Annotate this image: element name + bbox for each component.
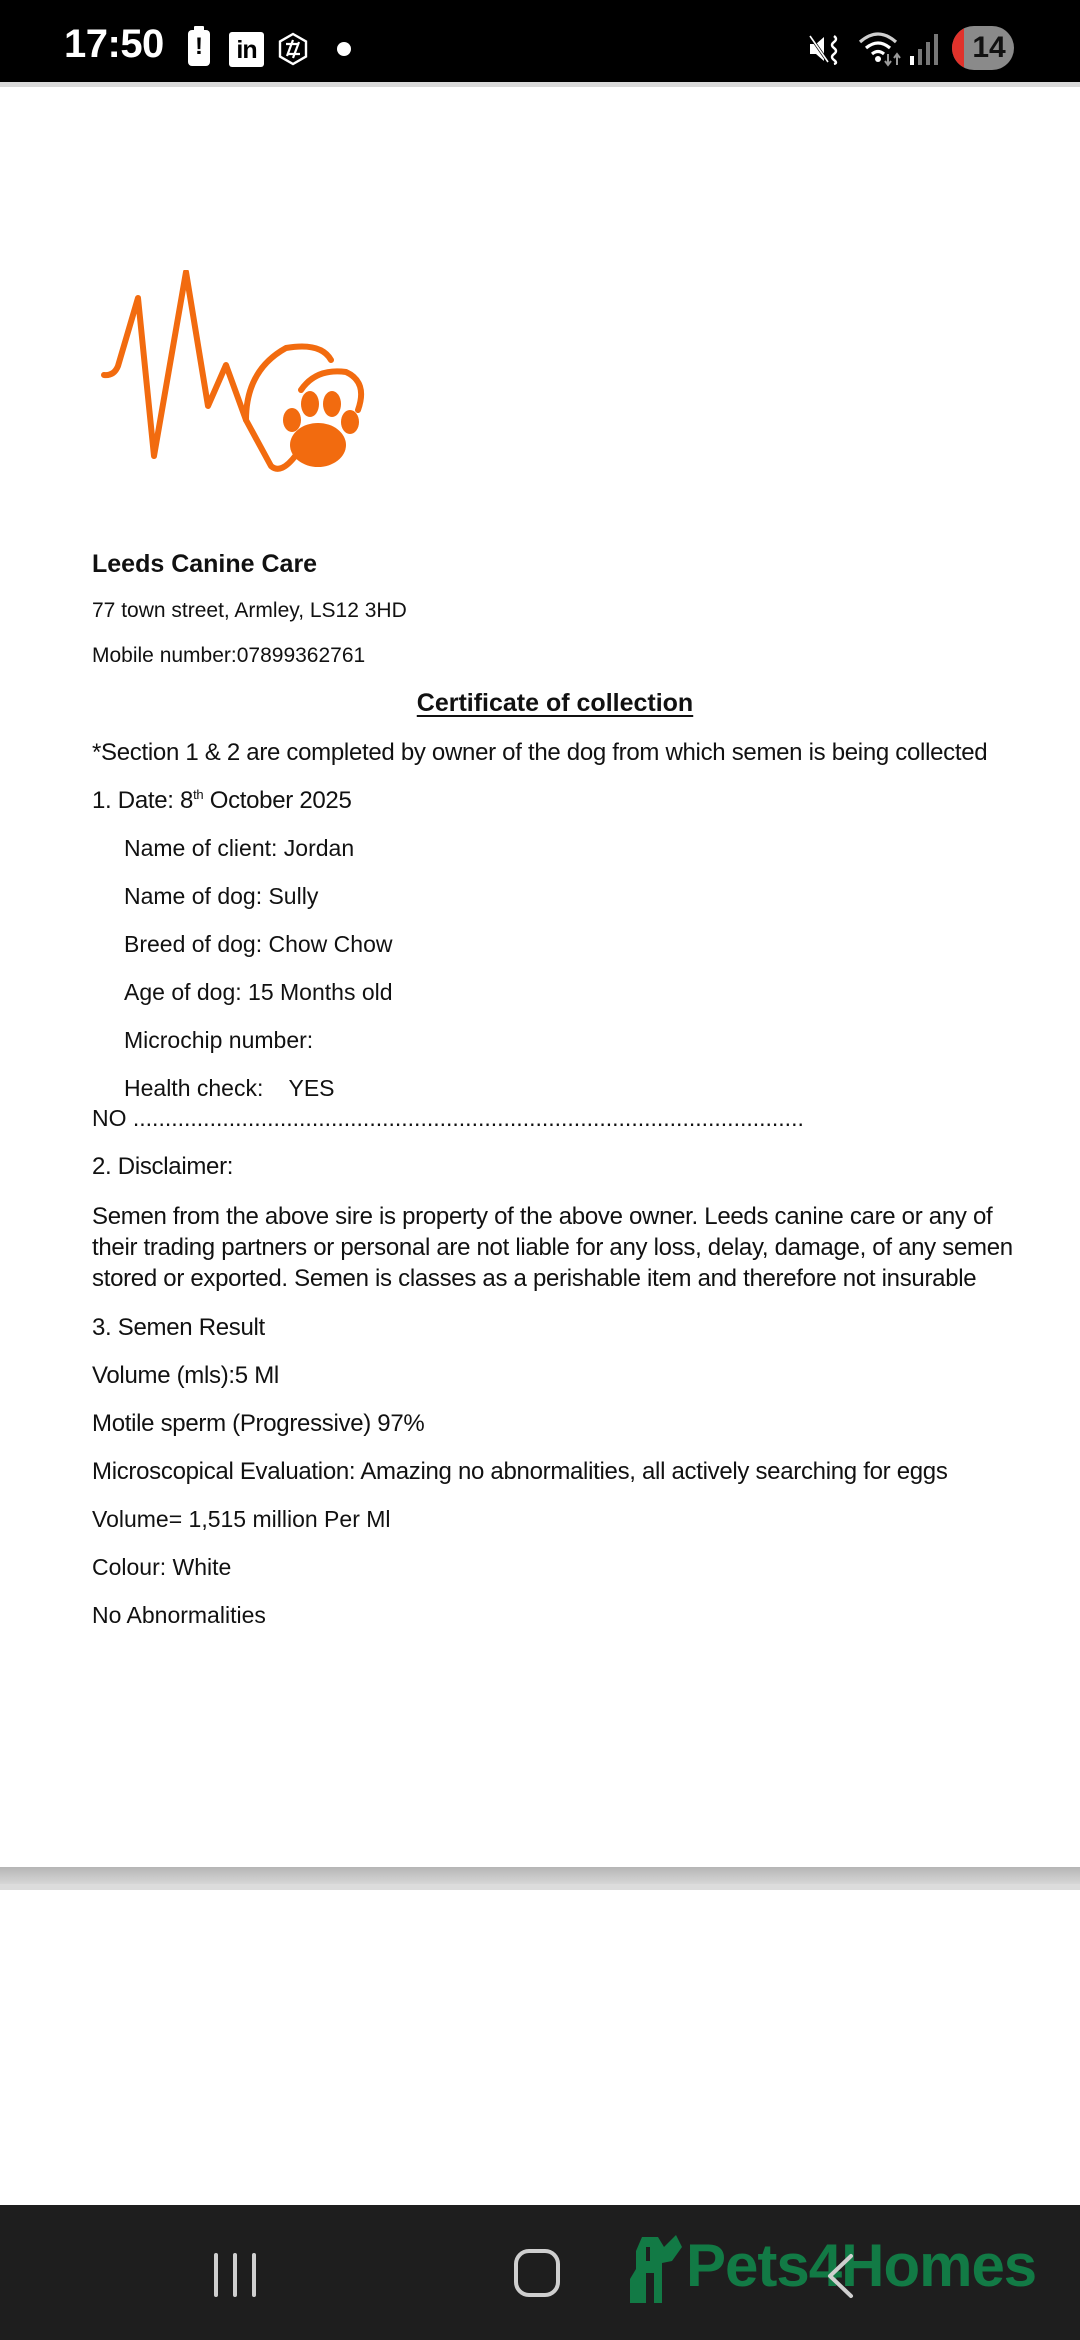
result-motile: Motile sperm (Progressive) 97% [92,1410,424,1438]
status-bar: 17:50 ! in 14 [0,0,1080,82]
pets4homes-overlay-ad[interactable]: Pets4Homes [626,2227,1016,2307]
client-name: Name of client: Jordan [124,835,354,862]
battery-alert-icon: ! [188,30,210,66]
clock: 17:50 [64,22,164,67]
result-colour: Colour: White [92,1554,231,1581]
heartbeat-paw-logo [96,270,366,480]
notification-dot-icon [337,42,351,56]
result-abnormalities: No Abnormalities [92,1602,266,1629]
collection-date: 1. Date: 8th October 2025 [92,787,352,815]
company-name: Leeds Canine Care [92,550,317,579]
section-note: *Section 1 & 2 are completed by owner of… [92,739,987,767]
next-page[interactable] [0,1890,1080,2205]
linkedin-icon: in [229,32,264,67]
mute-vibrate-icon [808,33,842,65]
health-check-no-line: NO .....................................… [92,1105,804,1132]
signal-icon [900,32,940,66]
microchip-number: Microchip number: [124,1027,313,1054]
copilot-icon [276,32,310,66]
dog-name: Name of dog: Sully [124,883,318,910]
result-microscopical: Microscopical Evaluation: Amazing no abn… [92,1458,948,1486]
semen-result-heading: 3. Semen Result [92,1314,265,1342]
dog-age: Age of dog: 15 Months old [124,979,393,1006]
navigation-bar: Pets4Homes [0,2205,1080,2340]
result-concentration: Volume= 1,515 million Per Ml [92,1506,391,1533]
company-address: 77 town street, Armley, LS12 3HD [92,599,407,623]
company-mobile: Mobile number:07899362761 [92,644,365,668]
disclaimer-text: Semen from the above sire is property of… [92,1201,1032,1294]
back-button[interactable] [825,2253,855,2299]
dog-breed: Breed of dog: Chow Chow [124,931,393,958]
recents-button[interactable] [212,2253,260,2297]
home-button[interactable] [514,2249,560,2297]
wifi-data-icon [858,30,904,68]
result-volume: Volume (mls):5 Ml [92,1362,279,1390]
dog-silhouette-icon [628,2233,684,2303]
pets4homes-wordmark: Pets4Homes [686,2231,1036,2300]
disclaimer-heading: 2. Disclaimer: [92,1153,233,1181]
certificate-title: Certificate of collection [0,689,1080,718]
health-check: Health check: YES [124,1075,335,1102]
battery-level-badge: 14 [952,26,1014,70]
document-page[interactable]: Leeds Canine Care 77 town street, Armley… [0,87,1080,1867]
